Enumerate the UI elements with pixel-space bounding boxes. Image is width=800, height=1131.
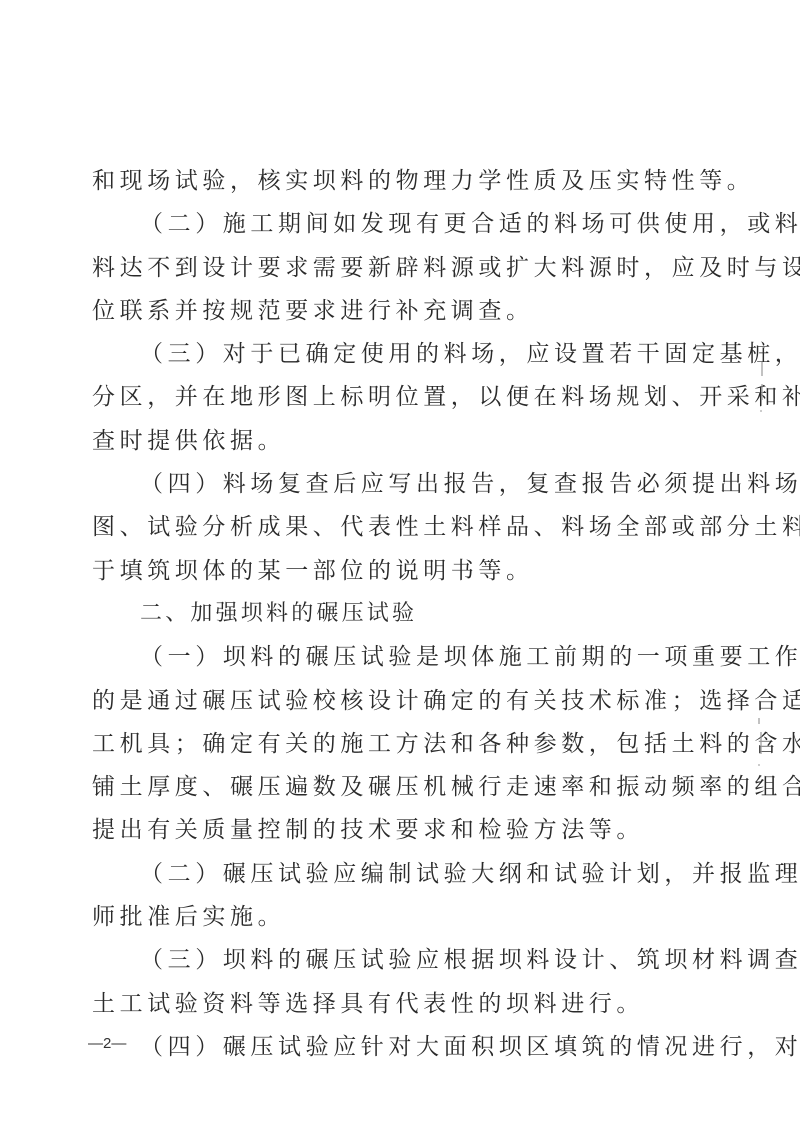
text-line: （二）碾压试验应编制试验大纲和试验计划，并报监理工程 [92,856,692,899]
page-number: —2— [88,1035,126,1052]
text-line: 提出有关质量控制的技术要求和检验方法等。 [92,812,692,855]
text-line: 位联系并按规范要求进行补充调查。 [92,293,692,336]
scan-artifact-mark [761,362,763,376]
text-line: （一）坝料的碾压试验是坝体施工前期的一项重要工作。目 [92,639,692,682]
text-line: 铺土厚度、碾压遍数及碾压机械行走速率和振动频率的组合等； [92,769,692,812]
text-line: 图、试验分析成果、代表性土料样品、料场全部或部分土料适用 [92,509,692,552]
scan-artifact-mark [760,732,762,754]
text-line: 工机具；确定有关的施工方法和各种参数，包括土料的含水率、 [92,726,692,769]
text-line: 的是通过碾压试验校核设计确定的有关技术标准；选择合适的施 [92,683,692,726]
scan-artifact-mark [761,384,763,400]
text-line: 土工试验资料等选择具有代表性的坝料进行。 [92,986,692,1029]
text-line: 于填筑坝体的某一部位的说明书等。 [92,553,692,596]
scan-artifact-dot [760,410,762,412]
text-line: 查时提供依据。 [92,423,692,466]
text-line: （二）施工期间如发现有更合适的料场可供使用，或料场土 [92,206,692,249]
scan-artifact-dot [758,764,760,766]
section-heading: 二、加强坝料的碾压试验 [92,596,692,639]
text-line: （四）碾压试验应针对大面积坝区填筑的情况进行，对狭窄、 [92,1029,692,1072]
text-line: 和现场试验，核实坝料的物理力学性质及压实特性等。 [92,163,692,206]
text-line: 分区，并在地形图上标明位置，以便在料场规划、开采和补充调 [92,379,692,422]
document-body: 和现场试验，核实坝料的物理力学性质及压实特性等。 （二）施工期间如发现有更合适的… [92,163,692,1072]
text-line: 料达不到设计要求需要新辟料源或扩大料源时，应及时与设计单 [92,250,692,293]
text-line: 师批准后实施。 [92,899,692,942]
document-page: 和现场试验，核实坝料的物理力学性质及压实特性等。 （二）施工期间如发现有更合适的… [0,0,800,1131]
text-line: （三）坝料的碾压试验应根据坝料设计、筑坝材料调查报告、 [92,942,692,985]
text-line: （四）料场复查后应写出报告，复查报告必须提出料场地形 [92,466,692,509]
text-line: （三）对于已确定使用的料场，应设置若干固定基桩，做好 [92,336,692,379]
scan-artifact-mark [758,718,760,724]
